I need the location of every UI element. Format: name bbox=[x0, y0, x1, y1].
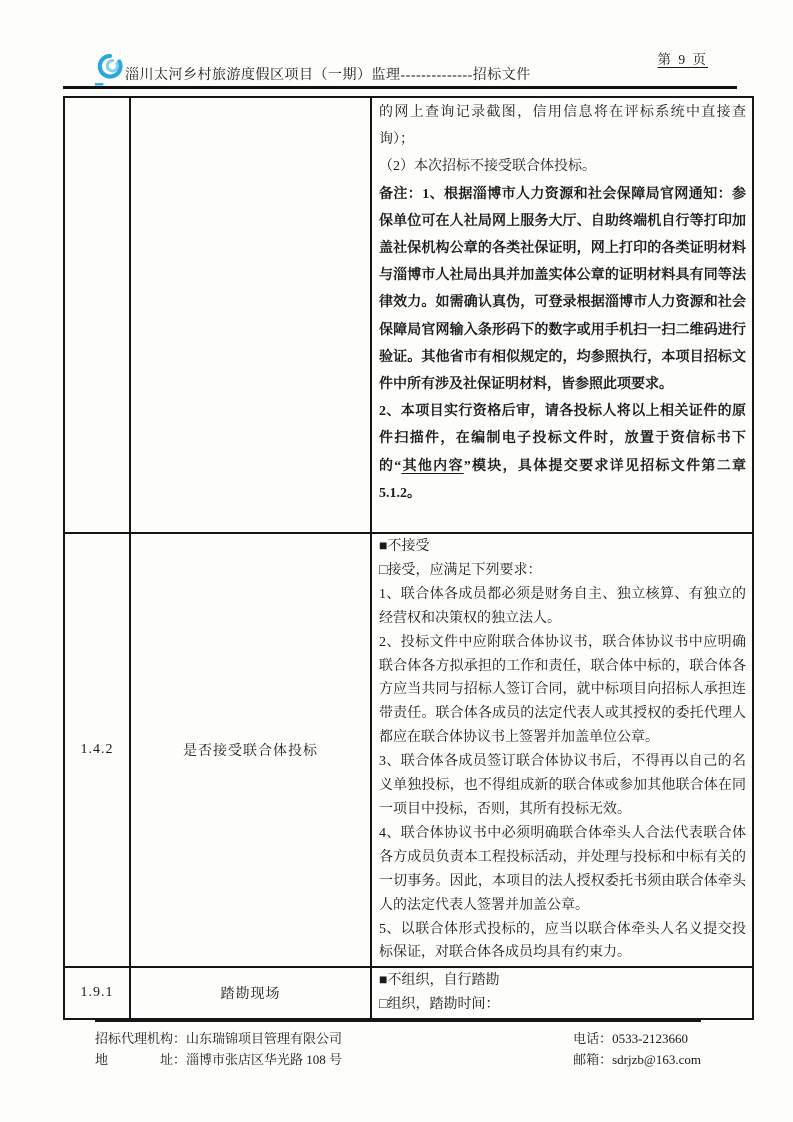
option-organized: □组织，踏勘时间： bbox=[379, 993, 746, 1017]
agency-value: 山东瑞锦项目管理有限公司 bbox=[186, 1031, 342, 1046]
row-label-cell: 踏勘现场 bbox=[130, 967, 371, 1019]
paragraph: 2、投标文件中应附联合体协议书，联合体协议书中应明确联合体各方拟承担的工作和责任… bbox=[379, 631, 746, 751]
underlined-text: 其他内容 bbox=[401, 459, 463, 474]
company-logo-icon bbox=[94, 52, 124, 88]
paragraph: 1、联合体各成员都必须是财务自主、独立核算、有独立的经营权和决策权的独立法人。 bbox=[379, 583, 746, 631]
email-line: 邮箱：sdrjzb@163.com bbox=[573, 1049, 701, 1070]
address-label: 地 址： bbox=[95, 1052, 186, 1067]
paragraph: 的网上查询记录截图，信用信息将在评标系统中直接查询）； bbox=[379, 99, 746, 153]
option-not-organized: ■不组织，自行踏勘 bbox=[379, 969, 746, 993]
footer-right: 电话：0533-2123660 邮箱：sdrjzb@163.com bbox=[573, 1028, 701, 1070]
phone-label: 电话： bbox=[573, 1031, 612, 1046]
tender-conditions-table: 的网上查询记录截图，信用信息将在评标系统中直接查询）；（2）本次招标不接受联合体… bbox=[63, 96, 754, 1020]
row-label-cell: 是否接受联合体投标 bbox=[130, 533, 371, 967]
row-content-cell: 的网上查询记录截图，信用信息将在评标系统中直接查询）；（2）本次招标不接受联合体… bbox=[371, 97, 753, 533]
phone-line: 电话：0533-2123660 bbox=[573, 1028, 701, 1049]
page-header: 淄川太河乡村旅游度假区项目（一期）监理--------------招标文件 第 … bbox=[63, 48, 737, 89]
note-paragraph: 2、本项目实行资格后审，请各投标人将以上相关证件的原件扫描件，在编制电子投标文件… bbox=[379, 398, 746, 507]
row-label-cell bbox=[130, 97, 371, 533]
row-content-cell: ■不组织，自行踏勘□组织，踏勘时间： bbox=[371, 967, 753, 1019]
address-value: 淄博市张店区华光路 108 号 bbox=[186, 1052, 342, 1067]
row-id-cell: 1.4.2 bbox=[64, 533, 130, 967]
email-value: sdrjzb@163.com bbox=[612, 1052, 701, 1067]
paragraph: 3、联合体各成员签订联合体协议书后，不得再以自己的名义单独投标，也不得组成新的联… bbox=[379, 750, 746, 822]
row-content-cell: ■不接受□接受，应满足下列要求：1、联合体各成员都必须是财务自主、独立核算、有独… bbox=[371, 533, 753, 967]
footer-left: 招标代理机构：山东瑞锦项目管理有限公司 地 址：淄博市张店区华光路 108 号 bbox=[95, 1028, 342, 1070]
paragraph: （2）本次招标不接受联合体投标。 bbox=[379, 153, 746, 180]
page-footer: 招标代理机构：山东瑞锦项目管理有限公司 地 址：淄博市张店区华光路 108 号 … bbox=[95, 1020, 701, 1070]
paragraph: 5、以联合体形式投标的，应当以联合体牵头人名义提交投标保证，对联合体各成员均具有… bbox=[379, 918, 746, 966]
page-number: 第 9 页 bbox=[658, 48, 709, 68]
address-line: 地 址：淄博市张店区华光路 108 号 bbox=[95, 1049, 342, 1070]
email-label: 邮箱： bbox=[573, 1052, 612, 1067]
paragraph: 4、联合体协议书中必须明确联合体牵头人合法代表联合体各方成员负责本工程投标活动，… bbox=[379, 822, 746, 918]
table-row-1-9-1: 1.9.1 踏勘现场 ■不组织，自行踏勘□组织，踏勘时间： bbox=[64, 967, 753, 1019]
table-row-1-4-2: 1.4.2 是否接受联合体投标 ■不接受□接受，应满足下列要求：1、联合体各成员… bbox=[64, 533, 753, 967]
row-id-cell: 1.9.1 bbox=[64, 967, 130, 1019]
agency-label: 招标代理机构： bbox=[95, 1031, 186, 1046]
document-page: 淄川太河乡村旅游度假区项目（一期）监理--------------招标文件 第 … bbox=[0, 0, 793, 1122]
option-accept: □接受，应满足下列要求： bbox=[379, 559, 746, 583]
note-paragraph: 备注：1、根据淄博市人力资源和社会保障局官网通知：参保单位可在人社局网上服务大厅… bbox=[379, 181, 746, 399]
document-title: 淄川太河乡村旅游度假区项目（一期）监理--------------招标文件 bbox=[125, 64, 531, 84]
row-id-cell bbox=[64, 97, 130, 533]
agency-line: 招标代理机构：山东瑞锦项目管理有限公司 bbox=[95, 1028, 342, 1049]
option-not-accept: ■不接受 bbox=[379, 535, 746, 559]
phone-value: 0533-2123660 bbox=[612, 1031, 688, 1046]
table-row-continued: 的网上查询记录截图，信用信息将在评标系统中直接查询）；（2）本次招标不接受联合体… bbox=[64, 97, 753, 533]
